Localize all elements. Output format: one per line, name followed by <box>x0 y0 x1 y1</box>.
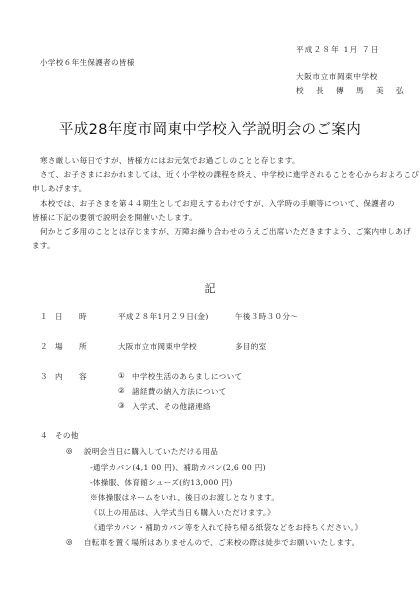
content-item: 入学式、その他諸連絡 <box>132 401 211 412</box>
item-label: 内 容 <box>55 371 94 382</box>
paragraph-announce-1: 本校では、お子さまを第４４期生としてお迎えするわけですが、入学時の手順等について… <box>40 198 395 209</box>
item-label: 日 時 <box>55 311 94 322</box>
item-label: 場 所 <box>55 341 94 352</box>
double-circle-bullet-icon: ◎ <box>66 537 73 546</box>
purchase-item-gym: -体操服、体育館シューズ(約13,000 円) <box>90 477 233 488</box>
document-title: 平成28年度市岡東中学校入学説明会のご案内 <box>0 118 420 139</box>
item-label: その他 <box>55 430 79 441</box>
note-paper-bag: 《通学カバン・補助カバン等を入れて持ち帰る紙袋などをお持ちください。》 <box>90 522 362 533</box>
purchase-item-bags: -通学カバン(4,1 00 円)、補助カバン(2,6 00 円) <box>90 462 266 473</box>
item-number: ３ <box>40 371 48 382</box>
purchase-heading: 説明会当日に購入していただける用品 <box>84 446 218 457</box>
item-extra: 多目的室 <box>235 341 267 352</box>
item-value: 大阪市立市岡東中学校 <box>118 341 197 352</box>
paragraph-congrats-1: さて、お子さまにおかれましては、近く小学校の課程を終え、中学校に進学されることを… <box>40 169 419 180</box>
letter-date: 平成２８年 1月 ７日 <box>296 44 380 55</box>
paragraph-announce-2: 皆様に下記の要領で説明会を開催いたします。 <box>32 212 197 223</box>
content-item: 諸経費の納入方法について <box>132 386 227 397</box>
note-gym-clothes: ※体操服はネームをいれ、後日のお渡しとなります。 <box>90 492 279 503</box>
item-number: １ <box>40 311 48 322</box>
circled-two-icon: ② <box>118 386 125 395</box>
addressee: 小学校６年生保護者の皆様 <box>40 57 135 68</box>
note-purchase-at-ceremony: 《以上の用品は、入学式当日も購入いただけます。》 <box>90 507 275 518</box>
paragraph-greeting: 寒さ厳しい毎日ですが、皆様方にはお元気でお過ごしのことと存じます。 <box>40 155 300 166</box>
circled-three-icon: ③ <box>118 401 125 410</box>
school-name: 大阪市立市岡東中学校 <box>296 71 378 82</box>
item-extra: 午後３時３０分～ <box>235 311 298 322</box>
paragraph-request-1: 何かとご多用のこととは存じますが、万障お繰り合わせのうえご出席いただきますよう、… <box>40 226 411 237</box>
double-circle-bullet-icon: ◎ <box>66 446 73 455</box>
paragraph-congrats-2: 申しあげます。 <box>32 183 87 194</box>
content-item: 中学校生活のあらましについて <box>132 371 242 382</box>
principal-name: 校 長 傳 馬 美 弘 <box>296 85 409 96</box>
item-value: 平成２８年1月２９日(金) <box>118 311 209 322</box>
bicycle-notice: 自転車を置く場所はありませんので、ご来校の際は徒歩でお願いいたします。 <box>84 537 360 548</box>
ki-heading: 記 <box>0 280 420 296</box>
circled-one-icon: ① <box>118 371 125 380</box>
item-number: ４ <box>40 430 48 441</box>
paragraph-request-2: ます。 <box>32 240 55 251</box>
item-number: ２ <box>40 341 48 352</box>
